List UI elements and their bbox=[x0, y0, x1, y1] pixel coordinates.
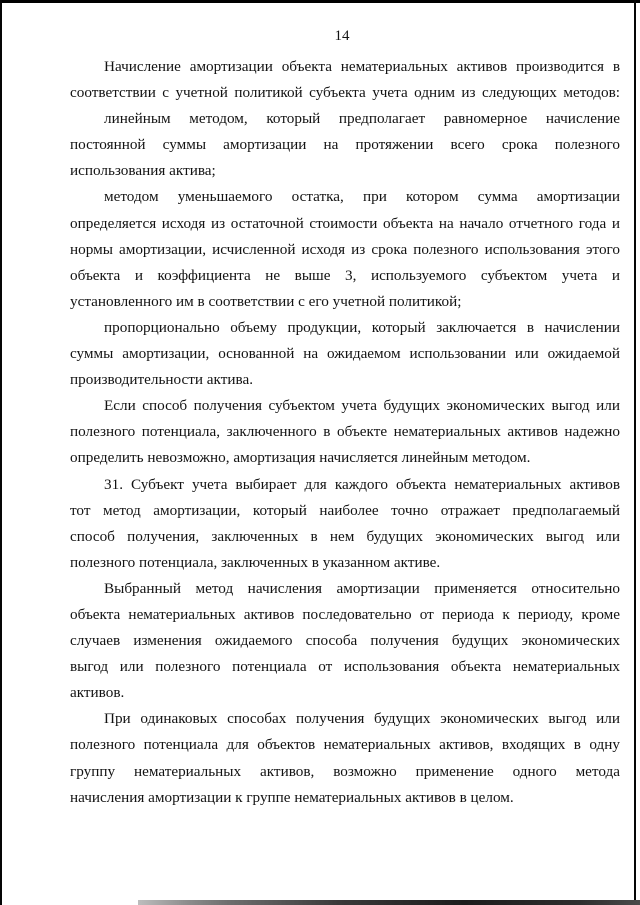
text-line: линейным методом, который предполагает р… bbox=[70, 106, 620, 132]
text-line: При одинаковых способах получения будущи… bbox=[70, 706, 620, 732]
text-line: использования актива; bbox=[70, 158, 620, 184]
text-line: Если способ получения субъектом учета бу… bbox=[70, 393, 620, 419]
paragraph: 31. Субъект учета выбирает для каждого о… bbox=[70, 472, 620, 576]
text-line: соответствии с учетной политикой субъект… bbox=[70, 80, 620, 106]
text-line: выгод или полезного потенциала от исполь… bbox=[70, 654, 620, 680]
text-line: полезного потенциала, заключенных в указ… bbox=[70, 550, 620, 576]
text-line: определить невозможно, амортизация начис… bbox=[70, 445, 620, 471]
page-number: 14 bbox=[0, 26, 640, 46]
text-line: группу нематериальных активов, возможно … bbox=[70, 759, 620, 785]
text-line: суммы амортизации, основанной на ожидаем… bbox=[70, 341, 620, 367]
text-line: определяется исходя из остаточной стоимо… bbox=[70, 211, 620, 237]
text-line: активов. bbox=[70, 680, 620, 706]
text-line: 31. Субъект учета выбирает для каждого о… bbox=[70, 472, 620, 498]
text-line: постоянной суммы амортизации на протяжен… bbox=[70, 132, 620, 158]
text-line: случаев изменения ожидаемого способа пол… bbox=[70, 628, 620, 654]
text-line: нормы амортизации, исчисленной исходя из… bbox=[70, 237, 620, 263]
text-line: пропорционально объему продукции, которы… bbox=[70, 315, 620, 341]
page-border-top bbox=[0, 0, 640, 3]
paragraph: Выбранный метод начисления амортизации п… bbox=[70, 576, 620, 706]
paragraph: При одинаковых способах получения будущи… bbox=[70, 706, 620, 810]
text-line: объекта нематериальных активов последова… bbox=[70, 602, 620, 628]
text-line: методом уменьшаемого остатка, при которо… bbox=[70, 184, 620, 210]
text-line: Начисление амортизации объекта нематериа… bbox=[70, 54, 620, 80]
text-line: объекта и коэффициента не выше 3, исполь… bbox=[70, 263, 620, 289]
paragraph: методом уменьшаемого остатка, при которо… bbox=[70, 184, 620, 314]
page-border-left bbox=[0, 0, 2, 905]
text-line: Выбранный метод начисления амортизации п… bbox=[70, 576, 620, 602]
text-line: способ получения, заключенных в нем буду… bbox=[70, 524, 620, 550]
text-line: установленного им в соответствии с его у… bbox=[70, 289, 620, 315]
paragraph: Если способ получения субъектом учета бу… bbox=[70, 393, 620, 471]
scan-artifact-bottom bbox=[138, 900, 640, 905]
page-border-right bbox=[634, 0, 636, 905]
document-body: Начисление амортизации объекта нематериа… bbox=[70, 54, 620, 811]
paragraph: Начисление амортизации объекта нематериа… bbox=[70, 54, 620, 106]
text-line: начисления амортизации к группе нематери… bbox=[70, 785, 620, 811]
paragraph: линейным методом, который предполагает р… bbox=[70, 106, 620, 184]
text-line: тот метод амортизации, который наиболее … bbox=[70, 498, 620, 524]
text-line: полезного потенциала для объектов немате… bbox=[70, 732, 620, 758]
text-line: полезного потенциала, заключенного в объ… bbox=[70, 419, 620, 445]
text-line: производительности актива. bbox=[70, 367, 620, 393]
paragraph: пропорционально объему продукции, которы… bbox=[70, 315, 620, 393]
